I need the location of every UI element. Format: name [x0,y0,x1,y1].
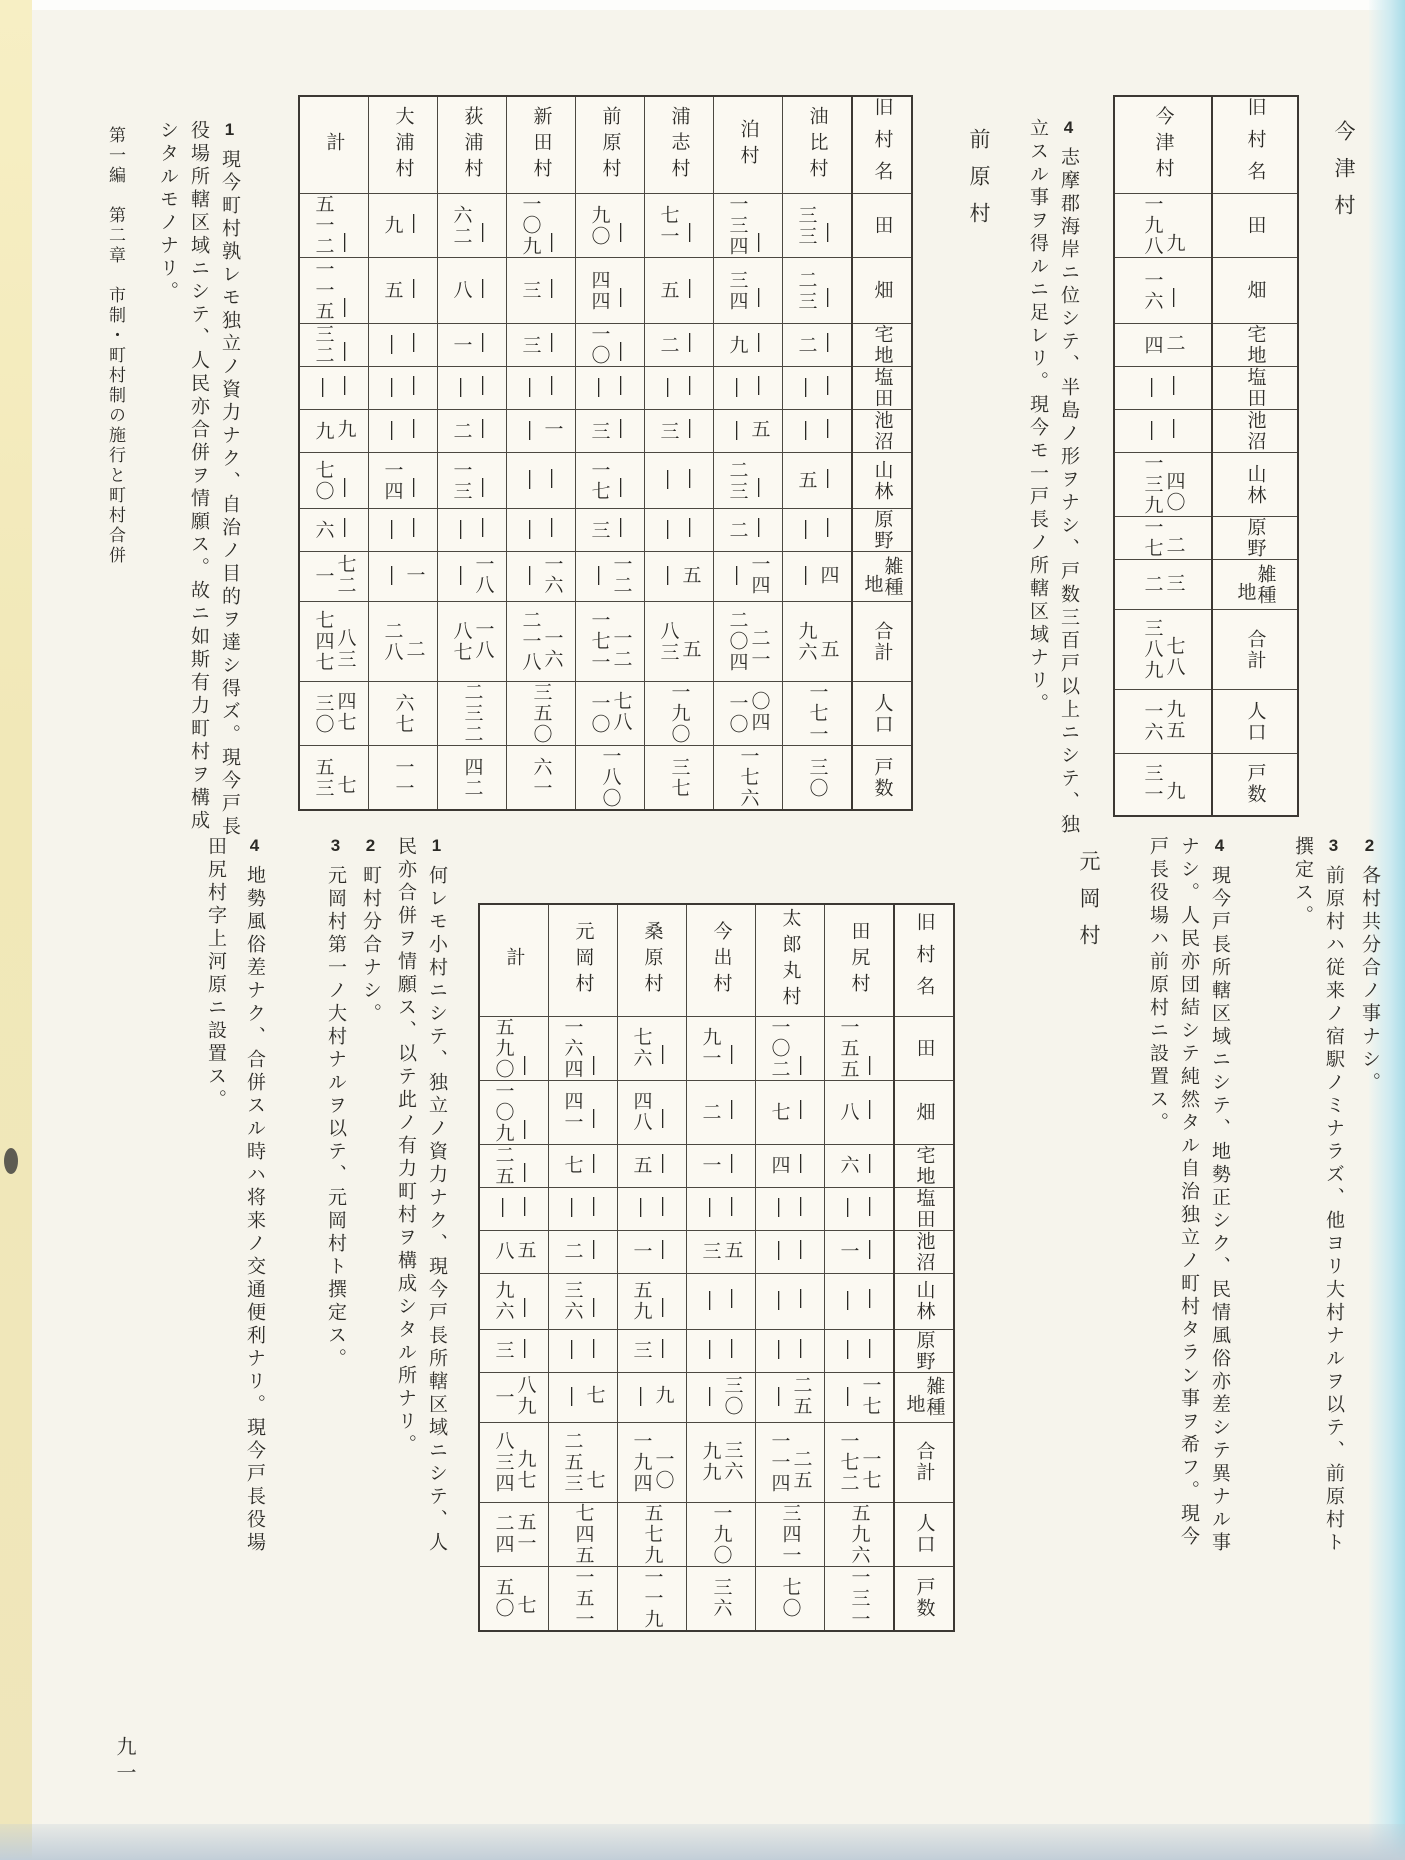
note-motooka-3: 3元岡村第一ノ大村ナルヲ以テ、元岡村ト撰定ス。 [326,836,345,1371]
value-cell: 一〇九— [479,1080,549,1144]
motooka-land-table: 計元岡村桑原村今出村太郎丸村田尻村旧村名五九〇—一六四—七六—九一—一〇二—一五… [478,903,955,1632]
paragraph-line: 民亦合併ヲ情願ス、以テ此ノ有力町村ヲ構成シタル所ナリ。 [396,836,415,1457]
paragraph-line: 4現今戸長所轄区域ニシテ、地勢正シク、民情風俗亦差シテ異ナル事 [1210,836,1229,1555]
value-cell: 一三九四〇 [1114,453,1212,517]
value-cell: 一七— [576,453,645,509]
value-cell: —— [369,410,438,453]
value-cell: 二— [645,324,714,367]
row-header-cell: 原野 [1212,517,1298,560]
value-cell: 三四一 [756,1502,825,1566]
value-cell: —— [756,1230,825,1273]
land-statistics-table: 計大浦村荻浦村新田村前原村浦志村泊村油比村旧村名五一二—九—六二—一〇九—九〇—… [298,95,913,811]
value-cell: 七— [756,1080,825,1144]
value-cell: 一七一 [783,682,853,746]
value-cell: —— [825,1273,895,1329]
value-cell: 七四七八三 [299,602,369,682]
row-header-cell: 山林 [894,1273,954,1329]
value-cell: 一八〇 [576,746,645,811]
value-cell: 二五— [479,1144,549,1187]
paragraph-number: 4 [245,836,264,855]
value-cell: 五— [783,453,853,509]
row-header-cell: 畑 [1212,258,1298,324]
value-cell: 三六— [549,1273,618,1329]
value-cell: —五 [714,410,783,453]
value-cell: —二五 [756,1372,825,1422]
value-cell: 一三— [438,453,507,509]
value-cell: 二三— [783,258,853,324]
value-cell: 一六四— [549,1016,618,1080]
village-name-cell: 計 [299,96,369,194]
value-cell: 三八九七八 [1114,610,1212,690]
paragraph-line: 撰定ス。 [1293,836,1312,928]
row-header-cell: 畑 [894,1080,954,1144]
value-cell: 五九— [618,1273,687,1329]
land-statistics-table: 計元岡村桑原村今出村太郎丸村田尻村旧村名五九〇—一六四—七六—九一—一〇二—一五… [478,903,955,1632]
value-cell: 二〇四二一 [714,602,783,682]
value-cell: 五— [369,258,438,324]
row-header-cell: 宅地 [894,1144,954,1187]
value-cell: 七〇 [756,1566,825,1631]
paragraph-number: 3 [1324,836,1343,855]
row-header-cell: 人口 [894,1502,954,1566]
paragraph-line: 田尻村字上河原ニ設置ス。 [206,836,225,1112]
row-header-cell: 戸数 [1212,754,1298,816]
value-cell: 三五〇 [507,682,576,746]
value-cell: 一五一 [549,1566,618,1631]
value-cell: —— [825,1329,895,1372]
value-cell: 二— [687,1080,756,1144]
value-cell: 一〇九— [507,194,576,258]
value-cell: —— [645,453,714,509]
note-motooka-2: 2町村分合ナシ。 [361,836,380,1026]
row-header-cell: 山林 [1212,453,1298,517]
section-title-maebaru: 前原村 [963,128,993,239]
paragraph-number: 4 [1059,118,1078,137]
page-number: 九一 [110,1736,139,1788]
paragraph-number: 1 [220,120,239,139]
value-cell: 五〇七 [479,1566,549,1631]
value-cell: 一七六 [714,746,783,811]
paragraph-line: 役場所轄区域ニシテ、人民亦合併ヲ情願ス。故ニ如斯有力町村ヲ構成 [189,120,208,833]
paragraph-line: 立スル事ヲ得ルニ足レリ。現今モ一戸長ノ所轄区域ナリ。 [1028,118,1047,716]
value-cell: —三〇 [687,1372,756,1422]
value-cell: 一四— [369,453,438,509]
row-header-cell: 戸数 [894,1566,954,1631]
value-cell: 五九〇— [479,1016,549,1080]
paragraph-number: 4 [1210,836,1229,855]
value-cell: —— [783,367,853,410]
village-name-cell: 田尻村 [825,904,895,1016]
value-cell: 四一— [549,1080,618,1144]
paragraph-line: 戸長役場ハ前原村ニ設置ス。 [1148,836,1167,1135]
value-cell: —一 [507,410,576,453]
village-name-cell: 太郎丸村 [756,904,825,1016]
value-cell: 二三 [1114,560,1212,610]
value-cell: —— [438,509,507,552]
scan-edge-top [0,0,1405,10]
value-cell: 八— [825,1080,895,1144]
value-cell: —— [1114,410,1212,453]
value-cell: 五一二— [299,194,369,258]
imazu-land-table: 今津村旧村名一九八九田一六—畑四二宅地——塩田——池沼一三九四〇山林一七二原野二… [1113,95,1299,817]
value-cell: 四四— [576,258,645,324]
value-cell: 七六— [618,1016,687,1080]
value-cell: 三五 [687,1230,756,1273]
row-header-cell: 田 [894,1016,954,1080]
value-cell: 九— [369,194,438,258]
value-cell: 三— [576,410,645,453]
value-cell: 四二 [438,746,507,811]
paragraph-number: 3 [326,836,345,855]
row-header-cell: 雑種地 [852,552,912,602]
value-cell: 三六 [687,1566,756,1631]
value-cell: —四 [783,552,853,602]
value-cell: —— [687,1187,756,1230]
value-cell: 一一 [369,746,438,811]
value-cell: —— [507,367,576,410]
paragraph-line: 4志摩郡海岸ニ位シテ、半島ノ形ヲナシ、戸数三百戸以上ニシテ、独 [1059,118,1078,837]
value-cell: —— [479,1187,549,1230]
row-header-cell: 旧村名 [894,904,954,1016]
value-cell: —— [645,367,714,410]
value-cell: 九— [714,324,783,367]
value-cell: 八五 [479,1230,549,1273]
paragraph-line: 3前原村ハ従来ノ宿駅ノミナラズ、他ヨリ大村ナルヲ以テ、前原村ト [1324,836,1343,1555]
note-motooka-1: 1何レモ小村ニシテ、独立ノ資力ナク、現今戸長所轄区域ニシテ、人民亦合併ヲ情願ス、… [396,836,446,1555]
paragraph-line: 1現今町村孰レモ独立ノ資力ナク、自治ノ目的ヲ達シ得ズ。現今戸長 [220,120,239,839]
value-cell: 四二 [1114,324,1212,367]
value-cell: —— [576,367,645,410]
value-cell: —一四 [714,552,783,602]
value-cell: 五九六 [825,1502,895,1566]
row-header-cell: 池沼 [852,410,912,453]
row-header-cell: 合計 [852,602,912,682]
value-cell: 三— [507,324,576,367]
value-cell: 二— [714,509,783,552]
value-cell: 一九〇 [645,682,714,746]
value-cell: —— [549,1187,618,1230]
value-cell: 三四— [714,258,783,324]
value-cell: 七一— [645,194,714,258]
value-cell: —— [369,509,438,552]
row-header-cell: 旧村名 [852,96,912,194]
value-cell: —— [825,1187,895,1230]
row-header-cell: 宅地 [1212,324,1298,367]
village-name-cell: 計 [479,904,549,1016]
value-cell: 三七 [645,746,714,811]
paragraph-number: 1 [427,836,446,855]
village-name-cell: 元岡村 [549,904,618,1016]
paragraph-line: 1何レモ小村ニシテ、独立ノ資力ナク、現今戸長所轄区域ニシテ、人 [427,836,446,1555]
value-cell: 一— [618,1230,687,1273]
value-cell: 三二— [299,324,369,367]
value-cell: 二— [549,1230,618,1273]
village-name-cell: 大浦村 [369,96,438,194]
value-cell: —— [369,367,438,410]
value-cell: —— [438,367,507,410]
village-name-cell: 前原村 [576,96,645,194]
value-cell: 二四五一 [479,1502,549,1566]
row-header-cell: 原野 [894,1329,954,1372]
value-cell: 一〇二— [756,1016,825,1080]
value-cell: 一八九 [479,1372,549,1422]
value-cell: —九 [618,1372,687,1422]
value-cell: 四— [756,1144,825,1187]
value-cell: —— [549,1329,618,1372]
value-cell: 九六— [479,1273,549,1329]
value-cell: —一 [369,552,438,602]
value-cell: 八— [438,258,507,324]
value-cell: 六七 [369,682,438,746]
value-cell: 一— [438,324,507,367]
land-statistics-table: 今津村旧村名一九八九田一六—畑四二宅地——塩田——池沼一三九四〇山林一七二原野二… [1113,95,1299,817]
value-cell: —— [687,1273,756,1329]
village-name-cell: 泊村 [714,96,783,194]
value-cell: —一七 [825,1372,895,1422]
value-cell: 三— [479,1329,549,1372]
row-header-cell: 池沼 [894,1230,954,1273]
value-cell: 二三二 [438,682,507,746]
value-cell: —— [783,410,853,453]
row-header-cell: 池沼 [1212,410,1298,453]
value-cell: 二八二 [369,602,438,682]
value-cell: 一— [825,1230,895,1273]
value-cell: 一〇— [576,324,645,367]
section-title-imazu: 今津村 [1328,120,1358,231]
row-header-cell: 山林 [852,453,912,509]
value-cell: 一九〇 [687,1502,756,1566]
row-header-cell: 原野 [852,509,912,552]
value-cell: 二一八一六 [507,602,576,682]
value-cell: 一一九 [618,1566,687,1631]
value-cell: 九一— [687,1016,756,1080]
paragraph-line: 2町村分合ナシ。 [361,836,380,1026]
section-title-motooka: 元岡村 [1073,850,1103,961]
value-cell: —— [756,1187,825,1230]
value-cell: 三三— [783,194,853,258]
village-name-cell: 桑原村 [618,904,687,1016]
value-cell: 七〇— [299,453,369,509]
row-header-cell: 旧村名 [1212,96,1298,194]
village-name-cell: 今津村 [1114,96,1212,194]
value-cell: 六— [299,509,369,552]
row-header-cell: 田 [1212,194,1298,258]
value-cell: —— [299,367,369,410]
value-cell: 六一 [507,746,576,811]
value-cell: 二三— [714,453,783,509]
value-cell: 八三四九七 [479,1422,549,1502]
village-name-cell: 新田村 [507,96,576,194]
value-cell: 五七九 [618,1502,687,1566]
value-cell: 一三四— [714,194,783,258]
value-cell: 三〇 [783,746,853,811]
value-cell: 八三五 [645,602,714,682]
value-cell: 一— [687,1144,756,1187]
value-cell: 六二— [438,194,507,258]
value-cell: —— [687,1329,756,1372]
value-cell: —— [756,1329,825,1372]
value-cell: 一一四二五 [756,1422,825,1502]
row-header-cell: 人口 [1212,690,1298,754]
value-cell: 七四五 [549,1502,618,1566]
note-maebaru-4: 4現今戸長所轄区域ニシテ、地勢正シク、民情風俗亦差シテ異ナル事ナシ。人民亦団結シ… [1148,836,1229,1555]
value-cell: 七— [549,1144,618,1187]
value-cell: 一六— [1114,258,1212,324]
value-cell: 一九四一〇 [618,1422,687,1502]
village-name-cell: 荻浦村 [438,96,507,194]
value-cell: 五三七 [299,746,369,811]
note-maebaru-3: 3前原村ハ従来ノ宿駅ノミナラズ、他ヨリ大村ナルヲ以テ、前原村ト撰定ス。 [1293,836,1343,1555]
row-header-cell: 合計 [894,1422,954,1502]
value-cell: 一九八九 [1114,194,1212,258]
value-cell: 九九 [299,410,369,453]
paragraph-number: 2 [361,836,380,855]
row-header-cell: 雑種地 [1212,560,1298,610]
value-cell: —— [714,367,783,410]
note-maebaru-1: 1現今町村孰レモ独立ノ資力ナク、自治ノ目的ヲ達シ得ズ。現今戸長役場所轄区域ニシテ… [158,120,239,839]
value-cell: 一三一 [825,1566,895,1631]
value-cell: —— [756,1273,825,1329]
value-cell: 二— [438,410,507,453]
value-cell: 三— [576,509,645,552]
paragraph-number: 2 [1360,836,1379,855]
value-cell: —— [645,509,714,552]
row-header-cell: 戸数 [852,746,912,811]
value-cell: —一二 [576,552,645,602]
value-cell: 九〇— [576,194,645,258]
paragraph-line: 3元岡村第一ノ大村ナルヲ以テ、元岡村ト撰定ス。 [326,836,345,1371]
value-cell: 一七一一二 [576,602,645,682]
row-header-cell: 人口 [852,682,912,746]
scan-edge-left [0,0,32,1860]
value-cell: 一七二 [1114,517,1212,560]
paragraph-line: シタルモノナリ。 [158,120,177,304]
value-cell: 二— [783,324,853,367]
maebaru-land-table: 計大浦村荻浦村新田村前原村浦志村泊村油比村旧村名五一二—九—六二—一〇九—九〇—… [298,95,913,811]
row-header-cell: 塩田 [894,1187,954,1230]
value-cell: —— [507,509,576,552]
village-name-cell: 今出村 [687,904,756,1016]
running-head: 第一編 第二章 市制・町村制の施行と町村合併 [103,126,128,566]
value-cell: —一八 [438,552,507,602]
value-cell: —— [1114,367,1212,410]
value-cell: 一六九五 [1114,690,1212,754]
value-cell: —— [783,509,853,552]
value-cell: 三〇四七 [299,682,369,746]
row-header-cell: 宅地 [852,324,912,367]
note-imazu-4: 4志摩郡海岸ニ位シテ、半島ノ形ヲナシ、戸数三百戸以上ニシテ、独立スル事ヲ得ルニ足… [1028,118,1078,837]
value-cell: 一〇〇四 [714,682,783,746]
value-cell: 一一五— [299,258,369,324]
paragraph-line: 2各村共分合ノ事ナシ。 [1360,836,1379,1095]
village-name-cell: 油比村 [783,96,853,194]
note-motooka-4: 4地勢風俗差ナク、合併スル時ハ将来ノ交通便利ナリ。現今戸長役場田尻村字上河原ニ設… [206,836,264,1555]
value-cell: 三— [645,410,714,453]
row-header-cell: 畑 [852,258,912,324]
value-cell: 三— [507,258,576,324]
row-header-cell: 塩田 [1212,367,1298,410]
scan-edge-bottom [0,1824,1405,1860]
value-cell: —一六 [507,552,576,602]
row-header-cell: 塩田 [852,367,912,410]
value-cell: —— [618,1187,687,1230]
value-cell: 一七二一七 [825,1422,895,1502]
value-cell: 八七一八 [438,602,507,682]
value-cell: 三一九 [1114,754,1212,816]
value-cell: —— [369,324,438,367]
row-header-cell: 合計 [1212,610,1298,690]
value-cell: 一五五— [825,1016,895,1080]
scan-smudge [4,1148,18,1174]
value-cell: 九九三六 [687,1422,756,1502]
paragraph-line: 4地勢風俗差ナク、合併スル時ハ将来ノ交通便利ナリ。現今戸長役場 [245,836,264,1555]
value-cell: —五 [645,552,714,602]
value-cell: 五— [645,258,714,324]
value-cell: 四八— [618,1080,687,1144]
scanned-book-page: 第一編 第二章 市制・町村制の施行と町村合併 九一 1現今町村孰レモ独立ノ資力ナ… [0,0,1405,1860]
village-name-cell: 浦志村 [645,96,714,194]
note-maebaru-2: 2各村共分合ノ事ナシ。 [1360,836,1379,1095]
value-cell: 一七二 [299,552,369,602]
value-cell: 五— [618,1144,687,1187]
value-cell: —— [507,453,576,509]
value-cell: 六— [825,1144,895,1187]
value-cell: —七 [549,1372,618,1422]
value-cell: 二五三七 [549,1422,618,1502]
value-cell: 三— [618,1329,687,1372]
row-header-cell: 雑種地 [894,1372,954,1422]
row-header-cell: 田 [852,194,912,258]
value-cell: 九六五 [783,602,853,682]
paragraph-line: ナシ。人民亦団結シテ純然タル自治独立ノ町村タラン事ヲ希フ。現今 [1179,836,1198,1549]
value-cell: 一〇七八 [576,682,645,746]
